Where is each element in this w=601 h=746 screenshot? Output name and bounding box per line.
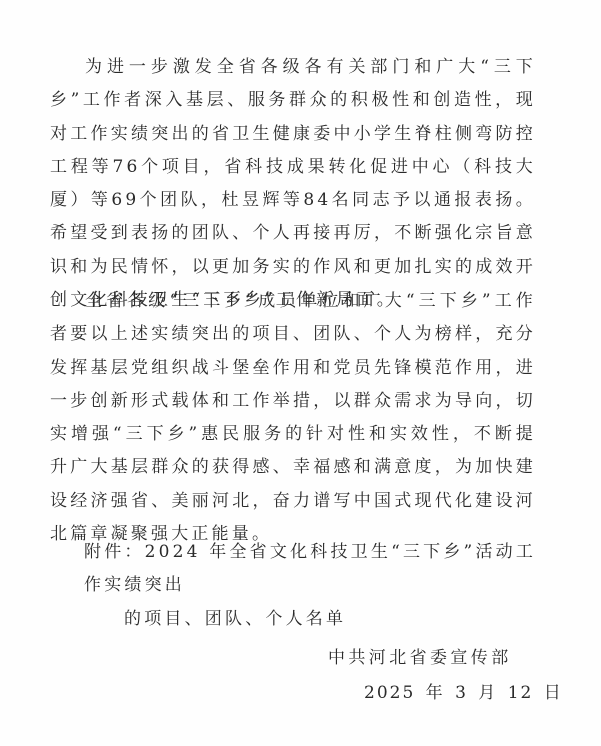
attachment-line-2: 的项目、团队、个人名单 — [84, 603, 544, 636]
attachment-line-1: 附件：2024 年全省文化科技卫生“三下乡”活动工作实绩突出 — [84, 542, 536, 595]
attachment-note: 附件：2024 年全省文化科技卫生“三下乡”活动工作实绩突出 的项目、团队、个人… — [84, 536, 544, 636]
issuer-signature: 中共河北省委宣传部 — [328, 646, 512, 670]
document-page: 为进一步激发全省各级各有关部门和广大“三下乡”工作者深入基层、服务群众的积极性和… — [0, 0, 601, 746]
paragraph-commendation: 为进一步激发全省各级各有关部门和广大“三下乡”工作者深入基层、服务群众的积极性和… — [50, 51, 536, 317]
paragraph-call-to-action: 全省各级“三下乡”成员单位和广大“三下乡”工作者要以上述实绩突出的项目、团队、个… — [50, 285, 536, 551]
issue-date: 2025 年 3 月 12 日 — [364, 681, 563, 705]
paragraph-text: 全省各级“三下乡”成员单位和广大“三下乡”工作者要以上述实绩突出的项目、团队、个… — [50, 285, 536, 551]
paragraph-text: 为进一步激发全省各级各有关部门和广大“三下乡”工作者深入基层、服务群众的积极性和… — [50, 51, 536, 317]
